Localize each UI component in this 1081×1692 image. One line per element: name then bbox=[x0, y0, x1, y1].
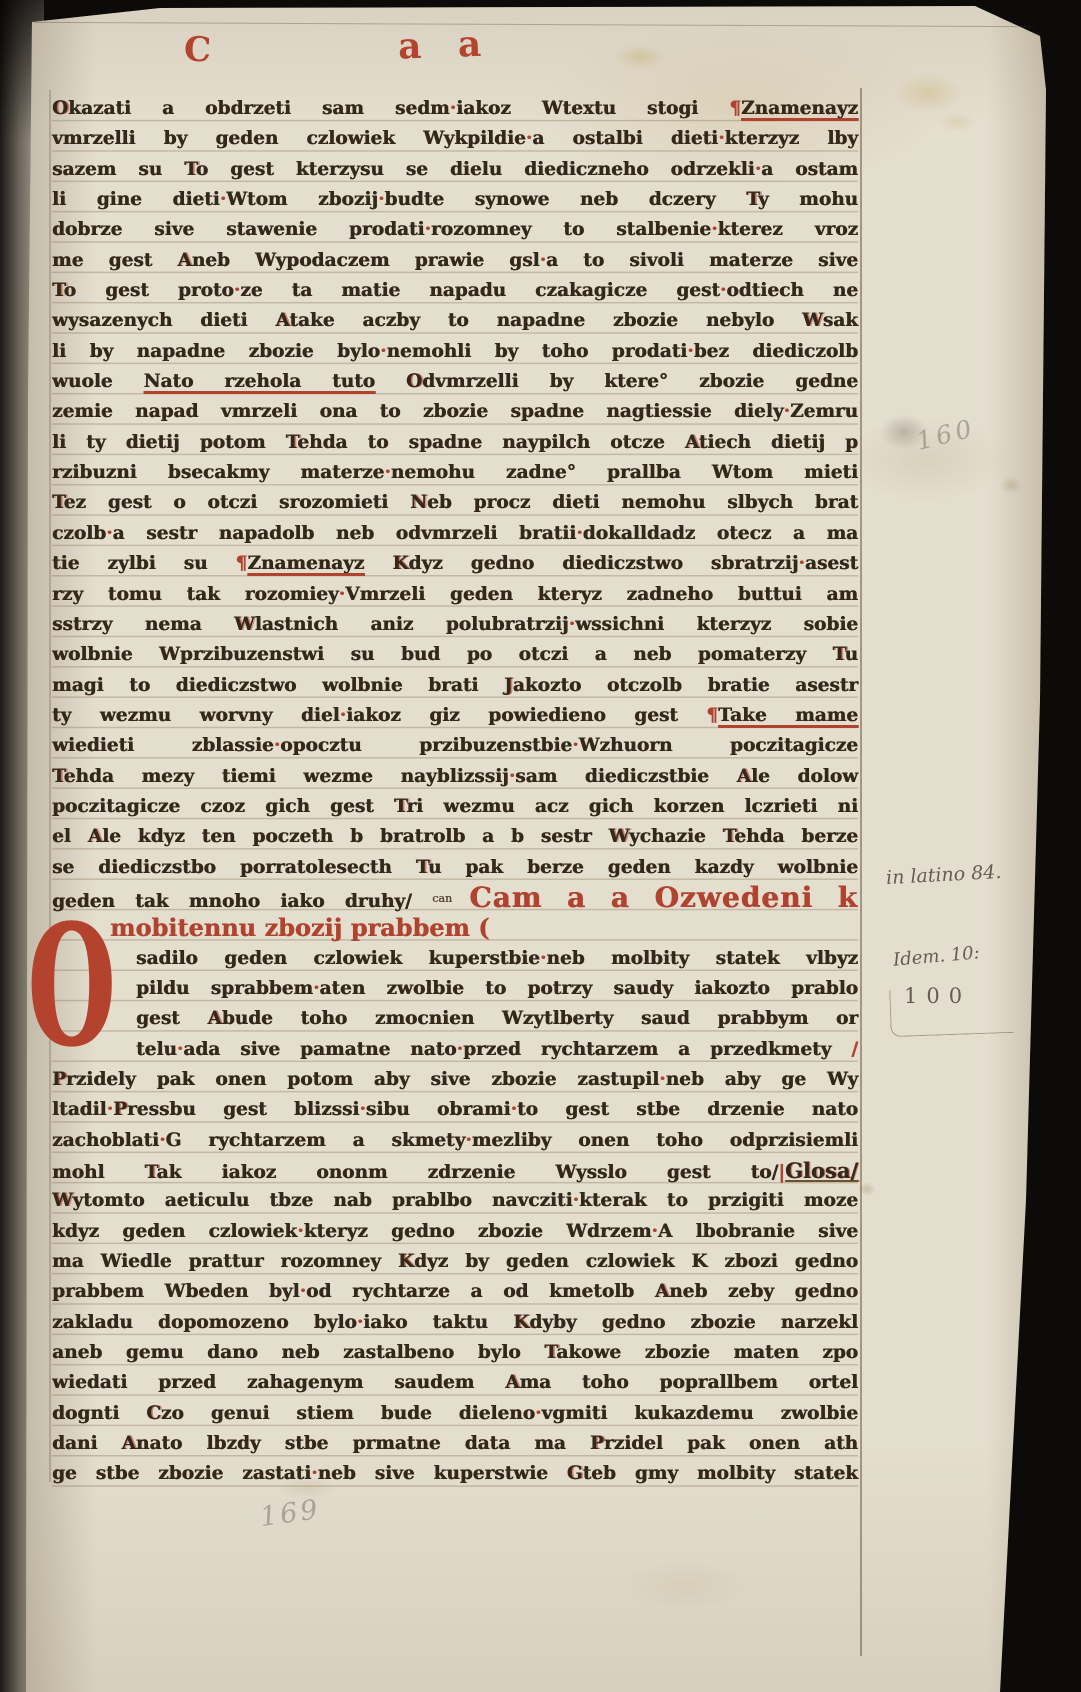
top-crease-line bbox=[34, 22, 1034, 27]
line-segment: dani bbox=[52, 1433, 122, 1454]
line-segment: dognti bbox=[52, 1403, 146, 1424]
line-segment: ge stbe zbozie zastati bbox=[52, 1463, 311, 1484]
text-line: ltadil·Pressbu gest blizssi·sibu obrami·… bbox=[52, 1095, 858, 1125]
line-segment: u pak berze geden kazdy wolbnie bbox=[428, 857, 858, 878]
line-segment: T bbox=[723, 826, 735, 847]
line-segment: W bbox=[609, 826, 629, 847]
line-segment: J bbox=[504, 675, 513, 696]
line-segment: rzy tomu tak rozomiey bbox=[52, 584, 339, 605]
line-segment: W bbox=[52, 1190, 72, 1211]
line-segment: A bbox=[275, 310, 289, 331]
text-line: dobrze sive stawenie prodati·rozomney to… bbox=[52, 215, 858, 245]
line-segment: A bbox=[88, 826, 102, 847]
text-line: tie zylbi su ¶Znamenayz Kdyz gedno diedi… bbox=[52, 549, 858, 579]
line-segment: li ty dietij potom bbox=[52, 432, 286, 453]
line-segment: opocztu przibuzenstbie bbox=[280, 735, 572, 756]
line-segment: me gest bbox=[52, 250, 177, 271]
line-segment: budte synowe neb dczery bbox=[384, 189, 746, 210]
idem-margin-note: Idem. 10: bbox=[892, 942, 980, 970]
line-segment: teb gmy molbity statek bbox=[583, 1463, 858, 1484]
line-segment: mezliby onen toho odprzisiemli bbox=[472, 1130, 858, 1151]
line-segment: A bbox=[685, 432, 699, 453]
line-segment: ada sive pamatne nato bbox=[183, 1039, 456, 1060]
initial-letter-O: O bbox=[28, 922, 86, 1068]
line-segment: dyz by geden czlowiek K zbozi gedno bbox=[414, 1251, 858, 1272]
line-segment: dyby gedno zbozie narzekl bbox=[529, 1312, 858, 1333]
line-segment: y mohu bbox=[758, 189, 858, 210]
line-segment: W bbox=[234, 614, 255, 635]
line-segment: rzibuzni bsecakmy materze bbox=[52, 462, 384, 483]
line-segment: T bbox=[416, 857, 428, 878]
text-line: el Ale kdyz ten poczeth b bratrolb a b s… bbox=[52, 822, 858, 852]
line-segment: K bbox=[398, 1251, 414, 1272]
line-segment: eb procz dieti nemohu slbych brat bbox=[427, 492, 858, 513]
line-segment: zakladu dopomozeno bylo bbox=[52, 1312, 357, 1333]
text-block: Okazati a obdrzeti sam sedm·iakoz Wtextu… bbox=[52, 94, 858, 1490]
line-segment: gest bbox=[136, 1008, 207, 1029]
line-segment: sak bbox=[823, 310, 858, 331]
line-segment: dokalldadz otecz a ma bbox=[583, 523, 858, 544]
line-segment: Znamenayz bbox=[247, 553, 364, 574]
line-segment: sstrzy nema bbox=[52, 614, 234, 635]
manuscript-photo: C a a Okazati a obdrzeti sam sedm·iakoz … bbox=[0, 0, 1081, 1692]
line-segment: Nato rzehola tuto bbox=[144, 371, 375, 392]
line-segment: telu bbox=[136, 1039, 177, 1060]
margin-bracket bbox=[889, 986, 1014, 1037]
line-segment: pildu sprabbem bbox=[136, 978, 313, 999]
text-line: sstrzy nema Wlastnich aniz polubratrzij·… bbox=[52, 610, 858, 640]
line-segment: T bbox=[184, 159, 196, 180]
line-segment: ehda berze bbox=[734, 826, 858, 847]
text-line: Przidely pak onen potom aby sive zbozie … bbox=[52, 1065, 858, 1095]
line-segment: wiedieti zblassie bbox=[52, 735, 274, 756]
text-line: wolbnie Wprzibuzenstwi su bud po otczi a… bbox=[52, 640, 858, 670]
line-segment: ty wezmu worvny diel bbox=[52, 705, 340, 726]
text-line: ma Wiedle prattur rozomney Kdyz by geden… bbox=[52, 1247, 858, 1277]
line-segment: wssichni kterzyz sobie bbox=[575, 614, 858, 635]
line-segment: aten zwolbie to potrzy saudy iakozto pra… bbox=[319, 978, 858, 999]
line-segment: vmrzelli by geden czlowiek Wykpildie bbox=[52, 128, 526, 149]
text-line: wysazenych dieti Atake aczby to napadne … bbox=[52, 306, 858, 336]
text-line: To gest proto·ze ta matie napadu czakagi… bbox=[52, 276, 858, 306]
text-line: dani Anato lbzdy stbe prmatne data ma Pr… bbox=[52, 1429, 858, 1459]
line-segment: wiedati przed zahagenym saudem bbox=[52, 1372, 505, 1393]
line-segment: a sestr napadolb neb odvmrzeli bratii bbox=[113, 523, 577, 544]
line-segment: C bbox=[146, 1403, 161, 1424]
line-segment: to gest stbe drzenie nato bbox=[517, 1099, 858, 1120]
line-segment: zemie napad vmrzeli ona to zbozie spadne… bbox=[52, 401, 783, 422]
stain bbox=[1000, 476, 1022, 494]
text-line: zemie napad vmrzeli ona to zbozie spadne… bbox=[52, 397, 858, 427]
line-segment: T bbox=[52, 280, 64, 301]
line-segment: G bbox=[567, 1463, 583, 1484]
line-segment: o gest kterzysu se dielu diediczneho odr… bbox=[196, 159, 755, 180]
line-segment: kterak to przigiti moze bbox=[579, 1190, 858, 1211]
text-line: telu·ada sive pamatne nato·przed rychtar… bbox=[52, 1035, 858, 1065]
line-segment: Wtom zbozij bbox=[226, 189, 378, 210]
line-segment: neb aby ge Wy bbox=[666, 1069, 858, 1090]
line-segment: ychazie bbox=[629, 826, 723, 847]
stain bbox=[894, 72, 964, 114]
bottom-folio-pencil: 169 bbox=[258, 1494, 322, 1533]
line-segment: O bbox=[52, 98, 68, 119]
line-segment: sam diediczstbie bbox=[515, 766, 736, 787]
text-line: ge stbe zbozie zastati·neb sive kuperstw… bbox=[52, 1459, 858, 1489]
text-line: wiedieti zblassie·opocztu przibuzenstbie… bbox=[52, 731, 858, 761]
left-margin-rule bbox=[49, 90, 51, 1482]
line-segment: ressbu gest blizssi bbox=[127, 1099, 359, 1120]
line-segment: przed rychtarzem a przedkmety bbox=[463, 1039, 831, 1060]
line-segment: zo genui stiem bude dieleno bbox=[161, 1403, 535, 1424]
line-segment: kterez vroz bbox=[718, 219, 858, 240]
line-segment: vgmiti kukazdemu zwolbie bbox=[541, 1403, 858, 1424]
line-segment: A bbox=[505, 1372, 519, 1393]
folio-number-pencil: 160 bbox=[913, 413, 978, 456]
text-line: zachoblati·G rychtarzem a skmety·mezliby… bbox=[52, 1126, 858, 1156]
line-segment: ltadil bbox=[52, 1099, 107, 1120]
line-segment: T bbox=[145, 1162, 157, 1183]
header-quire-letters: a a bbox=[397, 22, 494, 67]
line-segment: neb zeby gedno bbox=[669, 1281, 858, 1302]
line-segment: ze ta matie napadu czakagicze gest bbox=[240, 280, 720, 301]
line-segment: A bbox=[177, 250, 191, 271]
line-segment: asest bbox=[805, 553, 858, 574]
line-segment: akozto otczolb bratie asestr bbox=[513, 675, 858, 696]
line-segment: T bbox=[52, 766, 64, 787]
text-line: kdyz geden czlowiek·kteryz gedno zbozie … bbox=[52, 1217, 858, 1247]
line-segment: A bbox=[737, 766, 751, 787]
text-line: aneb gemu dano neb zastalbeno bylo Takow… bbox=[52, 1338, 858, 1368]
line-segment: mohl bbox=[52, 1162, 145, 1183]
text-line: vmrzelli by geden czlowiek Wykpildie·a o… bbox=[52, 124, 858, 154]
line-segment: ma Wiedle prattur rozomney bbox=[52, 1251, 398, 1272]
line-segment: tie zylbi su bbox=[52, 553, 236, 574]
line-segment: odtiech ne bbox=[726, 280, 858, 301]
text-line: se diediczstbo porratolesecth Tu pak ber… bbox=[52, 853, 858, 883]
line-segment: can bbox=[432, 892, 469, 905]
line-segment: a ostalbi dieti bbox=[532, 128, 718, 149]
text-line: geden tak mnoho iako druhy/ can Cam a a … bbox=[52, 883, 858, 913]
line-segment bbox=[375, 371, 406, 392]
text-line: rzy tomu tak rozomiey·Vmrzeli geden kter… bbox=[52, 580, 858, 610]
text-line: rzibuzni bsecakmy materze·nemohu zadne° … bbox=[52, 458, 858, 488]
line-segment: A bbox=[122, 1433, 136, 1454]
line-segment: li by napadne zbozie bylo bbox=[52, 341, 380, 362]
text-line: gest Abude toho zmocnien Wzytlberty saud… bbox=[52, 1004, 858, 1034]
text-line: magi to diediczstwo wolbnie brati Jakozt… bbox=[52, 671, 858, 701]
header-column-letter: C bbox=[183, 30, 211, 71]
line-segment: a to sivoli materze sive bbox=[546, 250, 858, 271]
line-segment: take aczby to napadne zbozie nebylo bbox=[289, 310, 802, 331]
line-segment: K bbox=[513, 1312, 529, 1333]
line-segment: T bbox=[52, 492, 64, 513]
text-line: wiedati przed zahagenym saudem Ama toho … bbox=[52, 1368, 858, 1398]
text-line: mobitennu zbozij prabbem ( bbox=[110, 913, 858, 943]
line-segment: prabbem Wbeden byl bbox=[52, 1281, 300, 1302]
line-segment: Znamenayz bbox=[741, 98, 858, 119]
text-line: mohl Tak iakoz ononm zdrzenie Wysslo ges… bbox=[52, 1156, 858, 1186]
line-segment: ri wezmu acz gich korzen lczrieti ni bbox=[406, 796, 858, 817]
line-segment: wysazenych dieti bbox=[52, 310, 275, 331]
line-segment: rzidel pak onen ath bbox=[604, 1433, 858, 1454]
text-line: Tez gest o otczi srozomieti Neb procz di… bbox=[52, 488, 858, 518]
line-segment: Take mame bbox=[718, 705, 858, 726]
text-line: Okazati a obdrzeti sam sedm·iakoz Wtextu… bbox=[52, 94, 858, 124]
line-segment: P bbox=[590, 1433, 604, 1454]
line-segment: Vmrzeli geden kteryz zadneho buttui am bbox=[345, 584, 858, 605]
line-segment: A bbox=[655, 1281, 669, 1302]
line-segment: sazem su bbox=[52, 159, 184, 180]
line-segment: kdyz geden czlowiek bbox=[52, 1221, 297, 1242]
line-segment: iako taktu bbox=[363, 1312, 513, 1333]
line-segment: dyz gedno diediczstwo sbratrzij bbox=[408, 553, 798, 574]
text-line: li gine dieti·Wtom zbozij·budte synowe n… bbox=[52, 185, 858, 215]
stain bbox=[938, 112, 976, 132]
line-segment: kazati a obdrzeti sam sedm bbox=[68, 98, 449, 119]
line-segment: dvmrzelli by ktere° zbozie gedne bbox=[422, 371, 858, 392]
line-segment: iakoz giz powiedieno gest bbox=[346, 705, 706, 726]
line-segment: Wzhuorn poczitagicze bbox=[579, 735, 858, 756]
line-segment: u bbox=[845, 644, 858, 665]
line-segment: T bbox=[286, 432, 298, 453]
text-line: sadilo geden czlowiek kuperstbie·neb mol… bbox=[52, 944, 858, 974]
line-segment: rzidely pak onen potom aby sive zbozie z… bbox=[66, 1069, 659, 1090]
line-segment: nato lbzdy stbe prmatne data ma bbox=[136, 1433, 590, 1454]
line-segment: o gest proto bbox=[64, 280, 234, 301]
line-segment: akowe zbozie maten zpo bbox=[556, 1342, 858, 1363]
line-segment: sibu obrami bbox=[366, 1099, 511, 1120]
line-segment: K bbox=[392, 553, 408, 574]
line-segment: O bbox=[406, 371, 422, 392]
line-segment: T bbox=[832, 644, 844, 665]
line-segment: T bbox=[746, 189, 758, 210]
line-segment: T bbox=[544, 1342, 556, 1363]
line-segment: ¶ bbox=[236, 553, 248, 574]
line-segment: neb sive kuperstwie bbox=[318, 1463, 567, 1484]
text-line: Tehda mezy tiemi wezme nayblizssij·sam d… bbox=[52, 762, 858, 792]
text-line: Wytomto aeticulu tbze nab prablbo navczi… bbox=[52, 1186, 858, 1216]
line-segment: P bbox=[113, 1099, 127, 1120]
line-segment: / bbox=[831, 1039, 858, 1060]
line-segment: N bbox=[410, 492, 427, 513]
line-segment: el bbox=[52, 826, 88, 847]
text-line: wuole Nato rzehola tuto Odvmrzelli by kt… bbox=[52, 367, 858, 397]
rubric-text: Cam a a Ozwedeni k bbox=[469, 881, 858, 914]
line-segment: le kdyz ten poczeth b bratrolb a b sestr bbox=[102, 826, 608, 847]
line-segment: ¶ bbox=[729, 98, 741, 119]
text-line: li by napadne zbozie bylo·nemohli by toh… bbox=[52, 337, 858, 367]
line-segment: neb molbity statek vlbyz bbox=[546, 948, 858, 969]
right-margin-rule bbox=[860, 88, 862, 1656]
line-segment: dobrze sive stawenie prodati bbox=[52, 219, 424, 240]
line-segment: ehda to spadne naypilch otcze bbox=[297, 432, 684, 453]
line-segment: od rychtarze a od kmetolb bbox=[306, 1281, 655, 1302]
line-segment: lastnich aniz polubratrzij bbox=[255, 614, 569, 635]
line-segment: A bbox=[207, 1008, 221, 1029]
line-segment: ez gest o otczi srozomieti bbox=[64, 492, 410, 513]
line-segment: ehda mezy tiemi wezme nayblizssij bbox=[64, 766, 509, 787]
line-segment: kterzyz lby bbox=[725, 128, 858, 149]
line-segment: ma toho poprallbem ortel bbox=[519, 1372, 858, 1393]
line-segment: le dolow bbox=[751, 766, 858, 787]
line-segment: A lbobranie sive bbox=[658, 1221, 858, 1242]
line-segment: rozomney to stalbenie bbox=[431, 219, 711, 240]
line-segment: sadilo geden czlowiek kuperstbie bbox=[136, 948, 540, 969]
line-segment: aneb gemu dano neb zastalbeno bylo bbox=[52, 1342, 544, 1363]
line-segment: iakoz Wtextu stogi bbox=[456, 98, 729, 119]
line-segment: nemohli by toho prodati bbox=[386, 341, 687, 362]
rubric-text: mobitennu zbozij prabbem ( bbox=[110, 913, 489, 942]
line-segment: a ostam bbox=[761, 159, 858, 180]
line-segment: neb Wypodaczem prawie gsl bbox=[192, 250, 540, 271]
line-segment: ¶ bbox=[706, 705, 718, 726]
line-segment: bude toho zmocnien Wzytlberty saud prabb… bbox=[222, 1008, 858, 1029]
line-segment: Zemru bbox=[790, 401, 858, 422]
text-line: dognti Czo genui stiem bude dieleno·vgmi… bbox=[52, 1399, 858, 1429]
stain bbox=[620, 1560, 750, 1610]
text-line: zakladu dopomozeno bylo·iako taktu Kdyby… bbox=[52, 1308, 858, 1338]
line-segment: magi to diediczstwo wolbnie brati bbox=[52, 675, 504, 696]
text-line: pildu sprabbem·aten zwolbie to potrzy sa… bbox=[52, 974, 858, 1004]
text-line: li ty dietij potom Tehda to spadne naypi… bbox=[52, 428, 858, 458]
line-segment: Glosa/ bbox=[785, 1158, 858, 1183]
text-line: sazem su To gest kterzysu se dielu diedi… bbox=[52, 155, 858, 185]
latin-margin-note: in latino 84. bbox=[886, 861, 1002, 889]
line-segment: | bbox=[778, 1162, 785, 1183]
line-segment: wuole bbox=[52, 371, 144, 392]
line-segment: kteryz gedno zbozie Wdrzem bbox=[304, 1221, 652, 1242]
line-segment: bez diediczolb bbox=[694, 341, 858, 362]
line-segment: ytomto aeticulu tbze nab prablbo navczit… bbox=[72, 1190, 572, 1211]
line-segment: tiech dietij p bbox=[699, 432, 858, 453]
line-segment: T bbox=[394, 796, 406, 817]
text-line: czolb·a sestr napadolb neb odvmrzeli bra… bbox=[52, 519, 858, 549]
line-segment: li gine dieti bbox=[52, 189, 220, 210]
line-segment: poczitagicze czoz gich gest bbox=[52, 796, 394, 817]
line-segment: wolbnie Wprzibuzenstwi su bud po otczi a… bbox=[52, 644, 832, 665]
line-segment: ak iakoz ononm zdrzenie Wysslo gest to/ bbox=[157, 1162, 779, 1183]
stain bbox=[614, 44, 666, 70]
text-line: ty wezmu worvny diel·iakoz giz powiedien… bbox=[52, 701, 858, 731]
line-segment: W bbox=[802, 310, 823, 331]
line-segment: czolb bbox=[52, 523, 106, 544]
text-line: me gest Aneb Wypodaczem prawie gsl·a to … bbox=[52, 246, 858, 276]
line-segment: se diediczstbo porratolesecth bbox=[52, 857, 416, 878]
text-line: poczitagicze czoz gich gest Tri wezmu ac… bbox=[52, 792, 858, 822]
line-segment: nemohu zadne° prallba Wtom mieti bbox=[391, 462, 858, 483]
line-segment: G rychtarzem a skmety bbox=[166, 1130, 466, 1151]
line-segment bbox=[364, 553, 392, 574]
text-line: prabbem Wbeden byl·od rychtarze a od kme… bbox=[52, 1277, 858, 1307]
line-segment: zachoblati bbox=[52, 1130, 159, 1151]
